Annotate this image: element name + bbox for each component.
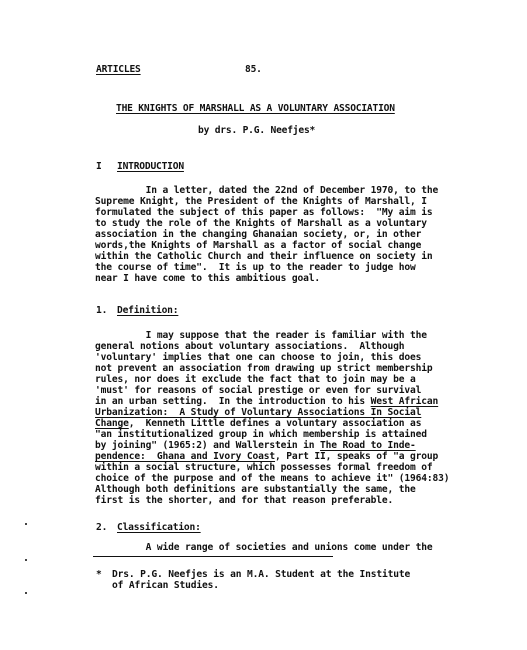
- text-segment: by joining" (1965:2) and Wallerstein in: [95, 440, 320, 451]
- text-line: In a letter, dated the 22nd of December …: [95, 185, 438, 196]
- text-line: formulated the subject of this paper as …: [95, 207, 433, 218]
- text-line: within a social structure, which possess…: [95, 462, 433, 473]
- byline: by drs. P.G. Neefjes*: [198, 125, 315, 136]
- text-line: 'voluntary' implies that one can choose …: [95, 352, 421, 363]
- text-line: choice of the purpose and of the means t…: [95, 473, 449, 484]
- book-title: Change: [95, 418, 129, 429]
- text-line: not prevent an association from drawing …: [95, 363, 433, 374]
- scan-speck: [25, 592, 27, 594]
- book-title: The Road to Inde-: [320, 440, 416, 451]
- text-line: Although both definitions are substantia…: [95, 484, 416, 495]
- text-line: to study the role of the Knights of Mars…: [95, 218, 427, 229]
- text-line: near I have come to this ambitious goal.: [95, 273, 320, 284]
- text-line: the course of time". It is up to the rea…: [95, 262, 416, 273]
- text-line: A wide range of societies and unions com…: [95, 542, 433, 553]
- text-line: association in the changing Ghanaian soc…: [95, 229, 421, 240]
- book-title: Urbanization: A Study of Voluntary Assoc…: [95, 407, 421, 418]
- section-number-intro: I: [96, 161, 102, 172]
- book-title: pendence: Ghana and Ivory Coast: [95, 451, 275, 462]
- text-line: pendence: Ghana and Ivory Coast, Part II…: [95, 451, 438, 462]
- text-line: 'must' for reasons of social prestige or…: [95, 385, 421, 396]
- page-number: 85.: [245, 64, 262, 75]
- scan-speck: [25, 523, 27, 525]
- text-line: within the Catholic Church and their inf…: [95, 251, 433, 262]
- text-line: rules, nor does it exclude the fact that…: [95, 374, 416, 385]
- footnote-line: Drs. P.G. Neefjes is an M.A. Student at …: [112, 569, 410, 580]
- text-segment: , Part II, speaks of "a group: [275, 451, 438, 462]
- scan-speck: [25, 559, 27, 561]
- text-line: Change, Kenneth Little defines a volunta…: [95, 418, 421, 429]
- text-line: words,the Knights of Marshall as a facto…: [95, 240, 421, 251]
- text-segment: , Kenneth Little defines a voluntary ass…: [129, 418, 422, 429]
- footnote-line: of African Studies.: [112, 580, 219, 591]
- text-segment: in an urban setting. In the introduction…: [95, 396, 371, 407]
- section-heading-intro: INTRODUCTION: [117, 161, 184, 172]
- book-title: West African: [371, 396, 439, 407]
- article-title: THE KNIGHTS OF MARSHALL AS A VOLUNTARY A…: [116, 103, 395, 114]
- section-number-definition: 1.: [96, 305, 107, 316]
- section-heading-definition: Definition:: [117, 305, 178, 316]
- text-line: Supreme Knight, the President of the Kni…: [95, 196, 427, 207]
- section-label: ARTICLES: [96, 64, 141, 75]
- text-line: general notions about voluntary associat…: [95, 341, 404, 352]
- footnote-marker: *: [96, 569, 102, 580]
- text-line: by joining" (1965:2) and Wallerstein in …: [95, 440, 416, 451]
- text-line: first is the shorter, and for that reaso…: [95, 495, 393, 506]
- text-line: I may suppose that the reader is familia…: [95, 330, 427, 341]
- footnote-rule: [93, 556, 333, 557]
- text-line: in an urban setting. In the introduction…: [95, 396, 438, 407]
- text-line: "an institutionalized group in which mem…: [95, 429, 427, 440]
- section-heading-classification: Classification:: [117, 522, 201, 533]
- section-number-classification: 2.: [96, 522, 107, 533]
- document-page: ARTICLES 85. THE KNIGHTS OF MARSHALL AS …: [0, 0, 527, 650]
